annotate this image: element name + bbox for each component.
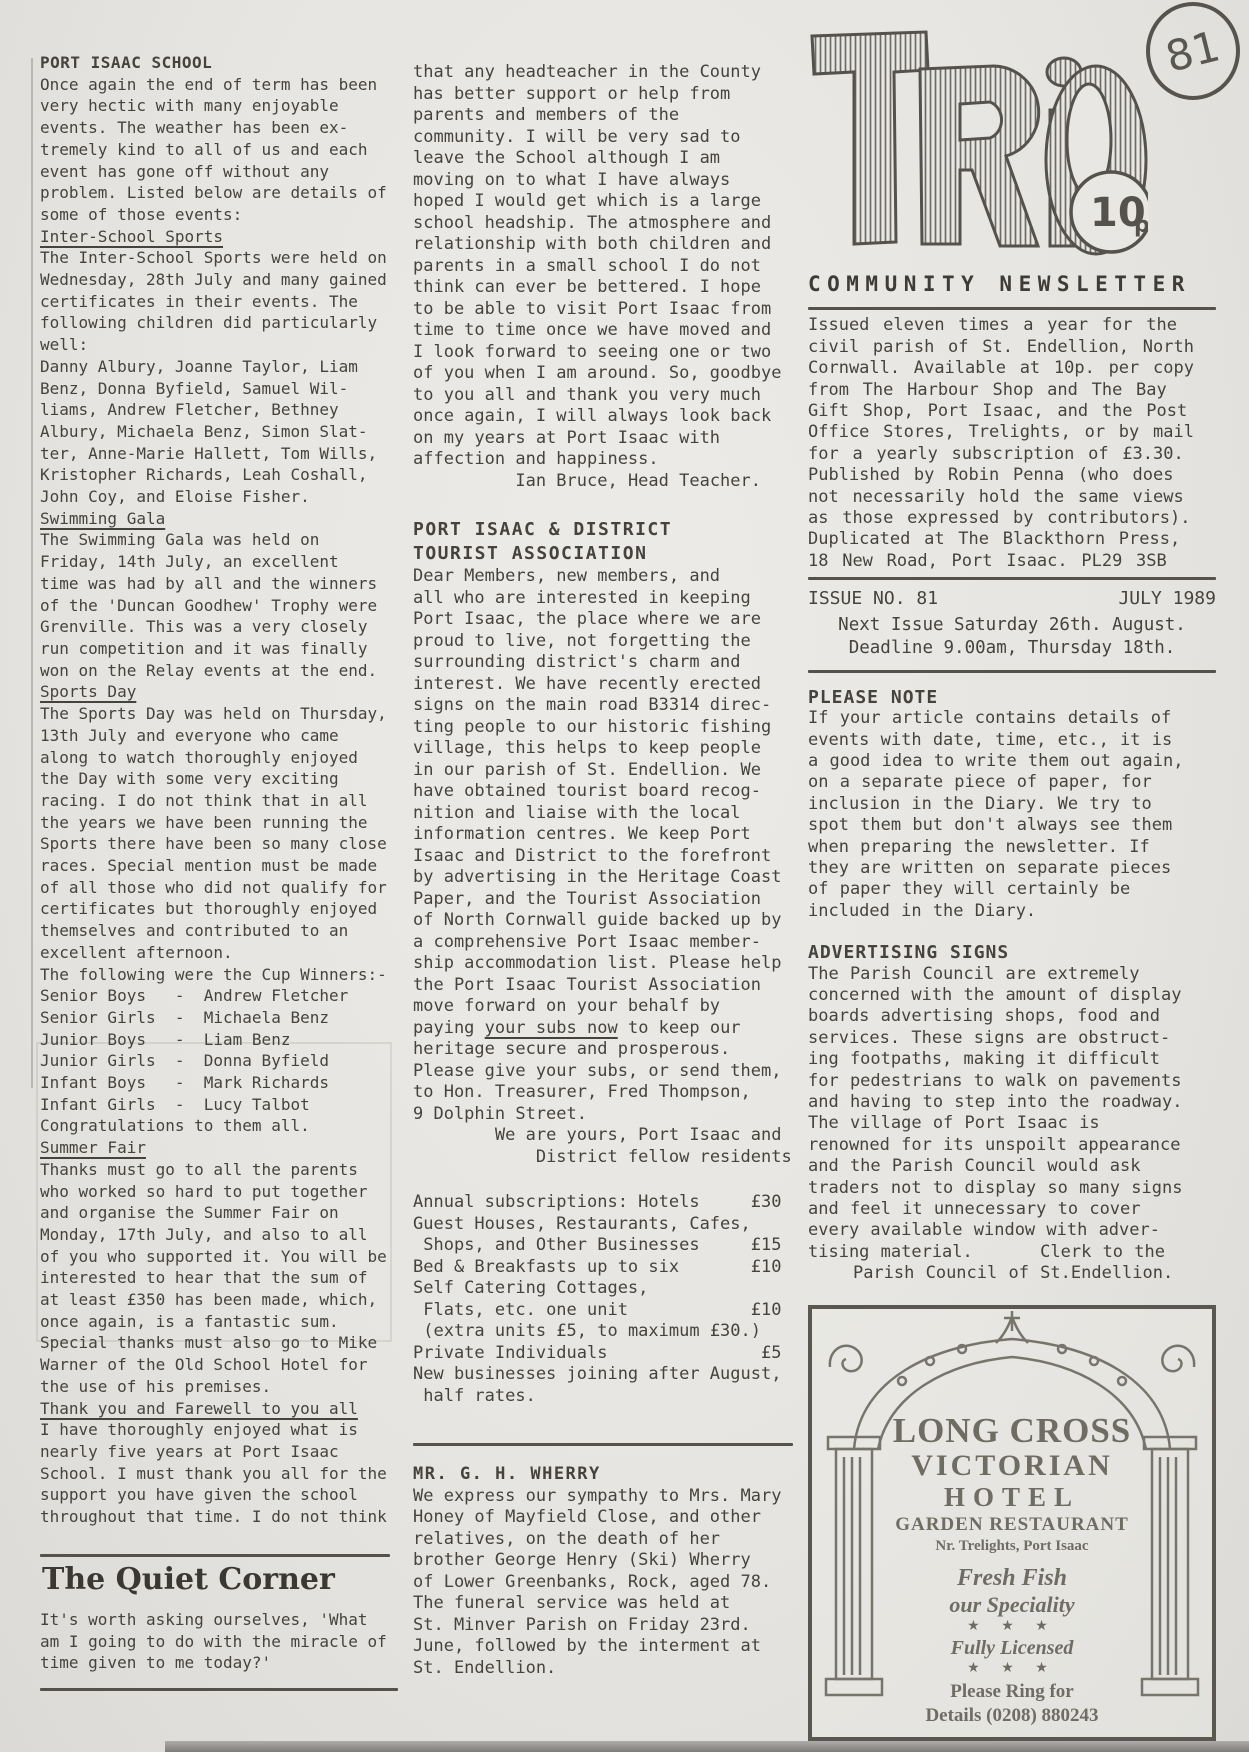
your-subs-now-underlined: your subs now [485,1018,618,1038]
farewell-body: I have thoroughly enjoyed what is nearly… [40,1419,390,1528]
divider-rule [40,1554,390,1557]
hotel-speciality-line2: our Speciality [812,1592,1212,1618]
inter-school-sports-body: The Inter-School Sports were held on Wed… [40,247,390,507]
trio-masthead-logo: 10 p [808,14,1216,268]
hotel-advert-text: LONG CROSS VICTORIAN HOTEL GARDEN RESTAU… [812,1413,1212,1728]
wherry-obituary-body: We express our sympathy to Mrs. Mary Hon… [413,1486,793,1680]
next-issue-notice: Next Issue Saturday 26th. August. Deadli… [808,614,1216,660]
price-badge-unit: p [1134,213,1148,238]
school-article-continued: that any headteacher in the County has b… [413,62,793,471]
summer-fair-heading: Summer Fair [40,1138,146,1157]
divider-rule [40,1688,398,1691]
sports-day-body: The Sports Day was held on Thursday, 13t… [40,703,390,985]
hotel-restaurant-line: GARDEN RESTAURANT [812,1513,1212,1537]
sports-day-heading: Sports Day [40,682,136,701]
hotel-name-line3: HOTEL [812,1482,1212,1513]
stars-ornament: ★ ★ ★ [812,1660,1212,1678]
hotel-licensed-line: Fully Licensed [812,1636,1212,1660]
summer-fair-body: Thanks must go to all the parents who wo… [40,1159,390,1398]
tourist-association-signoff: We are yours, Port Isaac and District fe… [413,1125,793,1168]
hotel-speciality-line1: Fresh Fish [812,1564,1212,1592]
quiet-corner-heading: The Quiet Corner [42,1563,390,1597]
tourist-association-body: Dear Members, new members, and all who a… [413,566,793,1125]
advertising-signs-heading: ADVERTISING SIGNS [808,942,1216,963]
subscription-rates-table: Annual subscriptions: Hotels £30 Guest H… [413,1192,793,1407]
divider-rule [808,307,1216,310]
divider-rule [413,1443,793,1446]
please-note-body: If your article contains details of even… [808,708,1216,922]
column-right: 10 p COMMUNITY NEWSLETTER Issued eleven … [808,14,1216,1741]
hotel-location-line: Nr. Trelights, Port Isaac [812,1537,1212,1556]
masthead-subtitle: COMMUNITY NEWSLETTER [808,274,1216,295]
tourist-body-before: Dear Members, new members, and all who a… [413,566,781,1038]
scan-bottom-edge [165,1741,1249,1752]
school-article-intro: Once again the end of term has been very… [40,74,390,226]
divider-rule [808,577,1216,580]
school-article-heading: PORT ISAAC SCHOOL [40,52,390,74]
issue-number-text: ISSUE NO. 81 [808,588,938,609]
divider-rule [808,670,1216,673]
wherry-obituary-heading: MR. G. H. WHERRY [413,1464,793,1486]
please-note-heading: PLEASE NOTE [808,687,1216,708]
column-left: PORT ISAAC SCHOOL Once again the end of … [40,52,390,1691]
hotel-phone-line: Details (0208) 880243 [812,1704,1212,1728]
hotel-name-line2: VICTORIAN [812,1449,1212,1482]
swimming-gala-body: The Swimming Gala was held on Friday, 14… [40,529,390,681]
trio-logo-art: 10 p [808,14,1148,264]
cup-winners-list: Senior Boys - Andrew Fletcher Senior Gir… [40,985,390,1137]
issue-info-row: ISSUE NO. 81 JULY 1989 [808,588,1216,609]
hotel-ring-line: Please Ring for [812,1680,1212,1704]
imprint-paragraph: Issued eleven times a year for the civil… [808,315,1216,572]
advertising-signs-body: The Parish Council are extremely concern… [808,964,1216,1285]
hotel-name-line1: LONG CROSS [812,1413,1212,1449]
quiet-corner-body: It's worth asking ourselves, 'What am I … [40,1609,390,1674]
farewell-heading: Thank you and Farewell to you all [40,1399,358,1418]
inter-school-sports-heading: Inter-School Sports [40,227,223,246]
newsletter-page: 81 PORT ISAAC SCHOOL Once again the end … [0,0,1249,1752]
swimming-gala-heading: Swimming Gala [40,509,165,528]
stars-ornament: ★ ★ ★ [812,1618,1212,1636]
scan-fold-line [31,58,33,1088]
head-teacher-signature: Ian Bruce, Head Teacher. [413,471,793,493]
column-middle: that any headteacher in the County has b… [413,62,793,1679]
tourist-association-heading-line1: PORT ISAAC & DISTRICT [413,518,793,542]
tourist-association-heading-line2: TOURIST ASSOCIATION [413,542,793,566]
issue-date-text: JULY 1989 [1118,588,1216,609]
hotel-advert-box: LONG CROSS VICTORIAN HOTEL GARDEN RESTAU… [808,1305,1216,1741]
